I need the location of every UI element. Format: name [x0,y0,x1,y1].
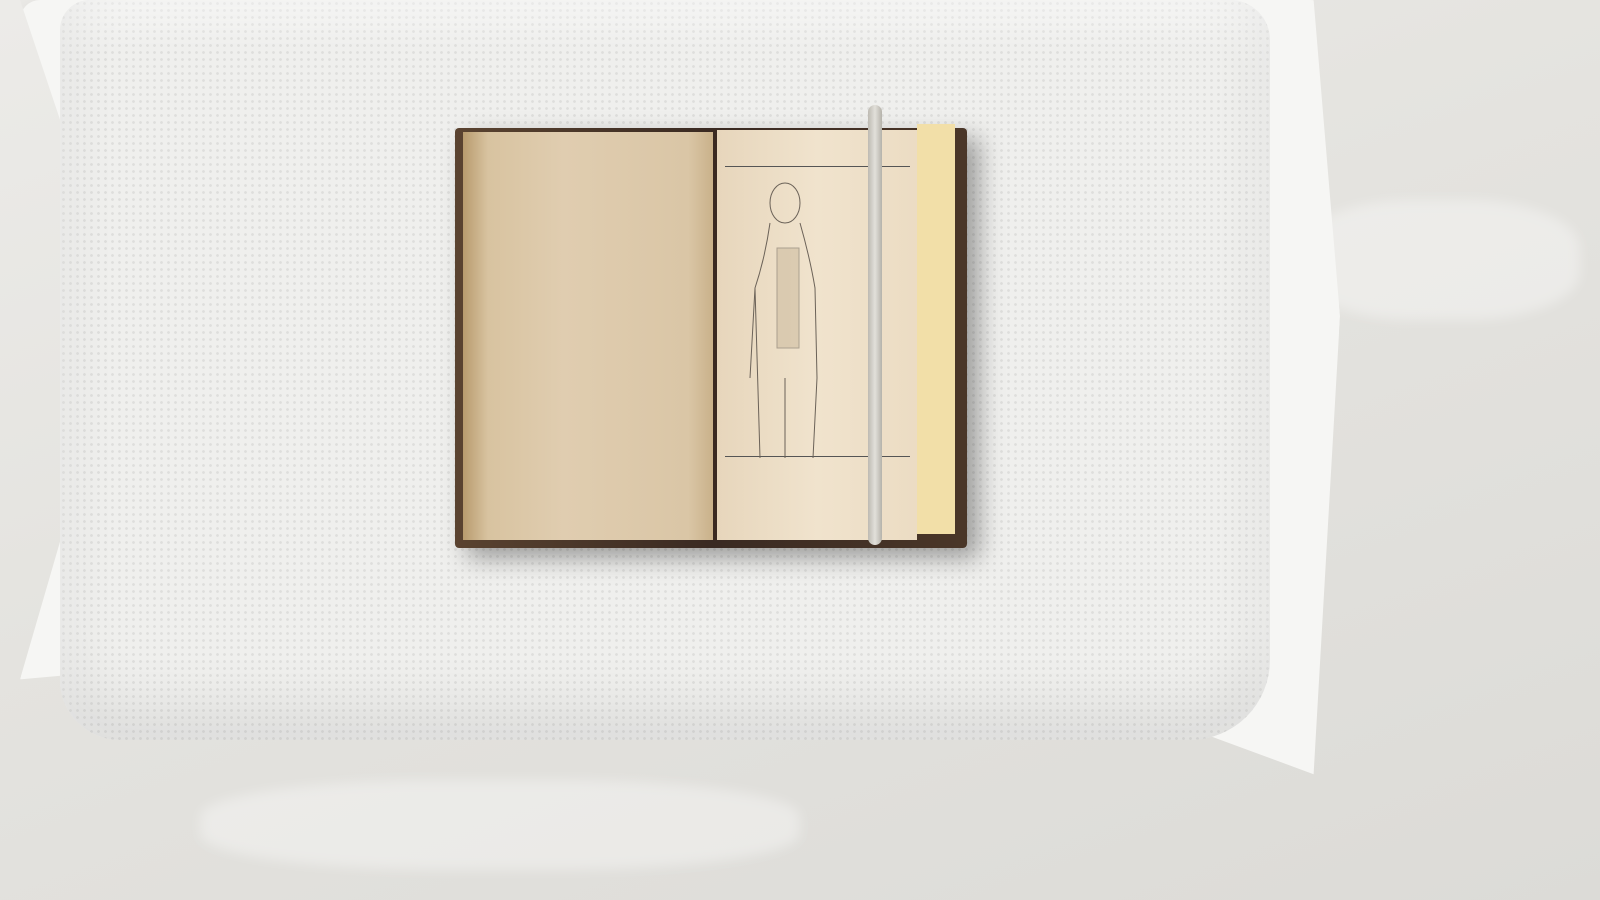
sheet-fold [1300,200,1580,320]
end-paper [917,124,955,534]
anatomical-illustration [735,178,835,458]
bookmark-cord [868,105,882,545]
open-book [455,118,985,548]
sheet-fold [200,780,800,870]
left-page [463,132,713,540]
plate-border-top [725,166,910,167]
